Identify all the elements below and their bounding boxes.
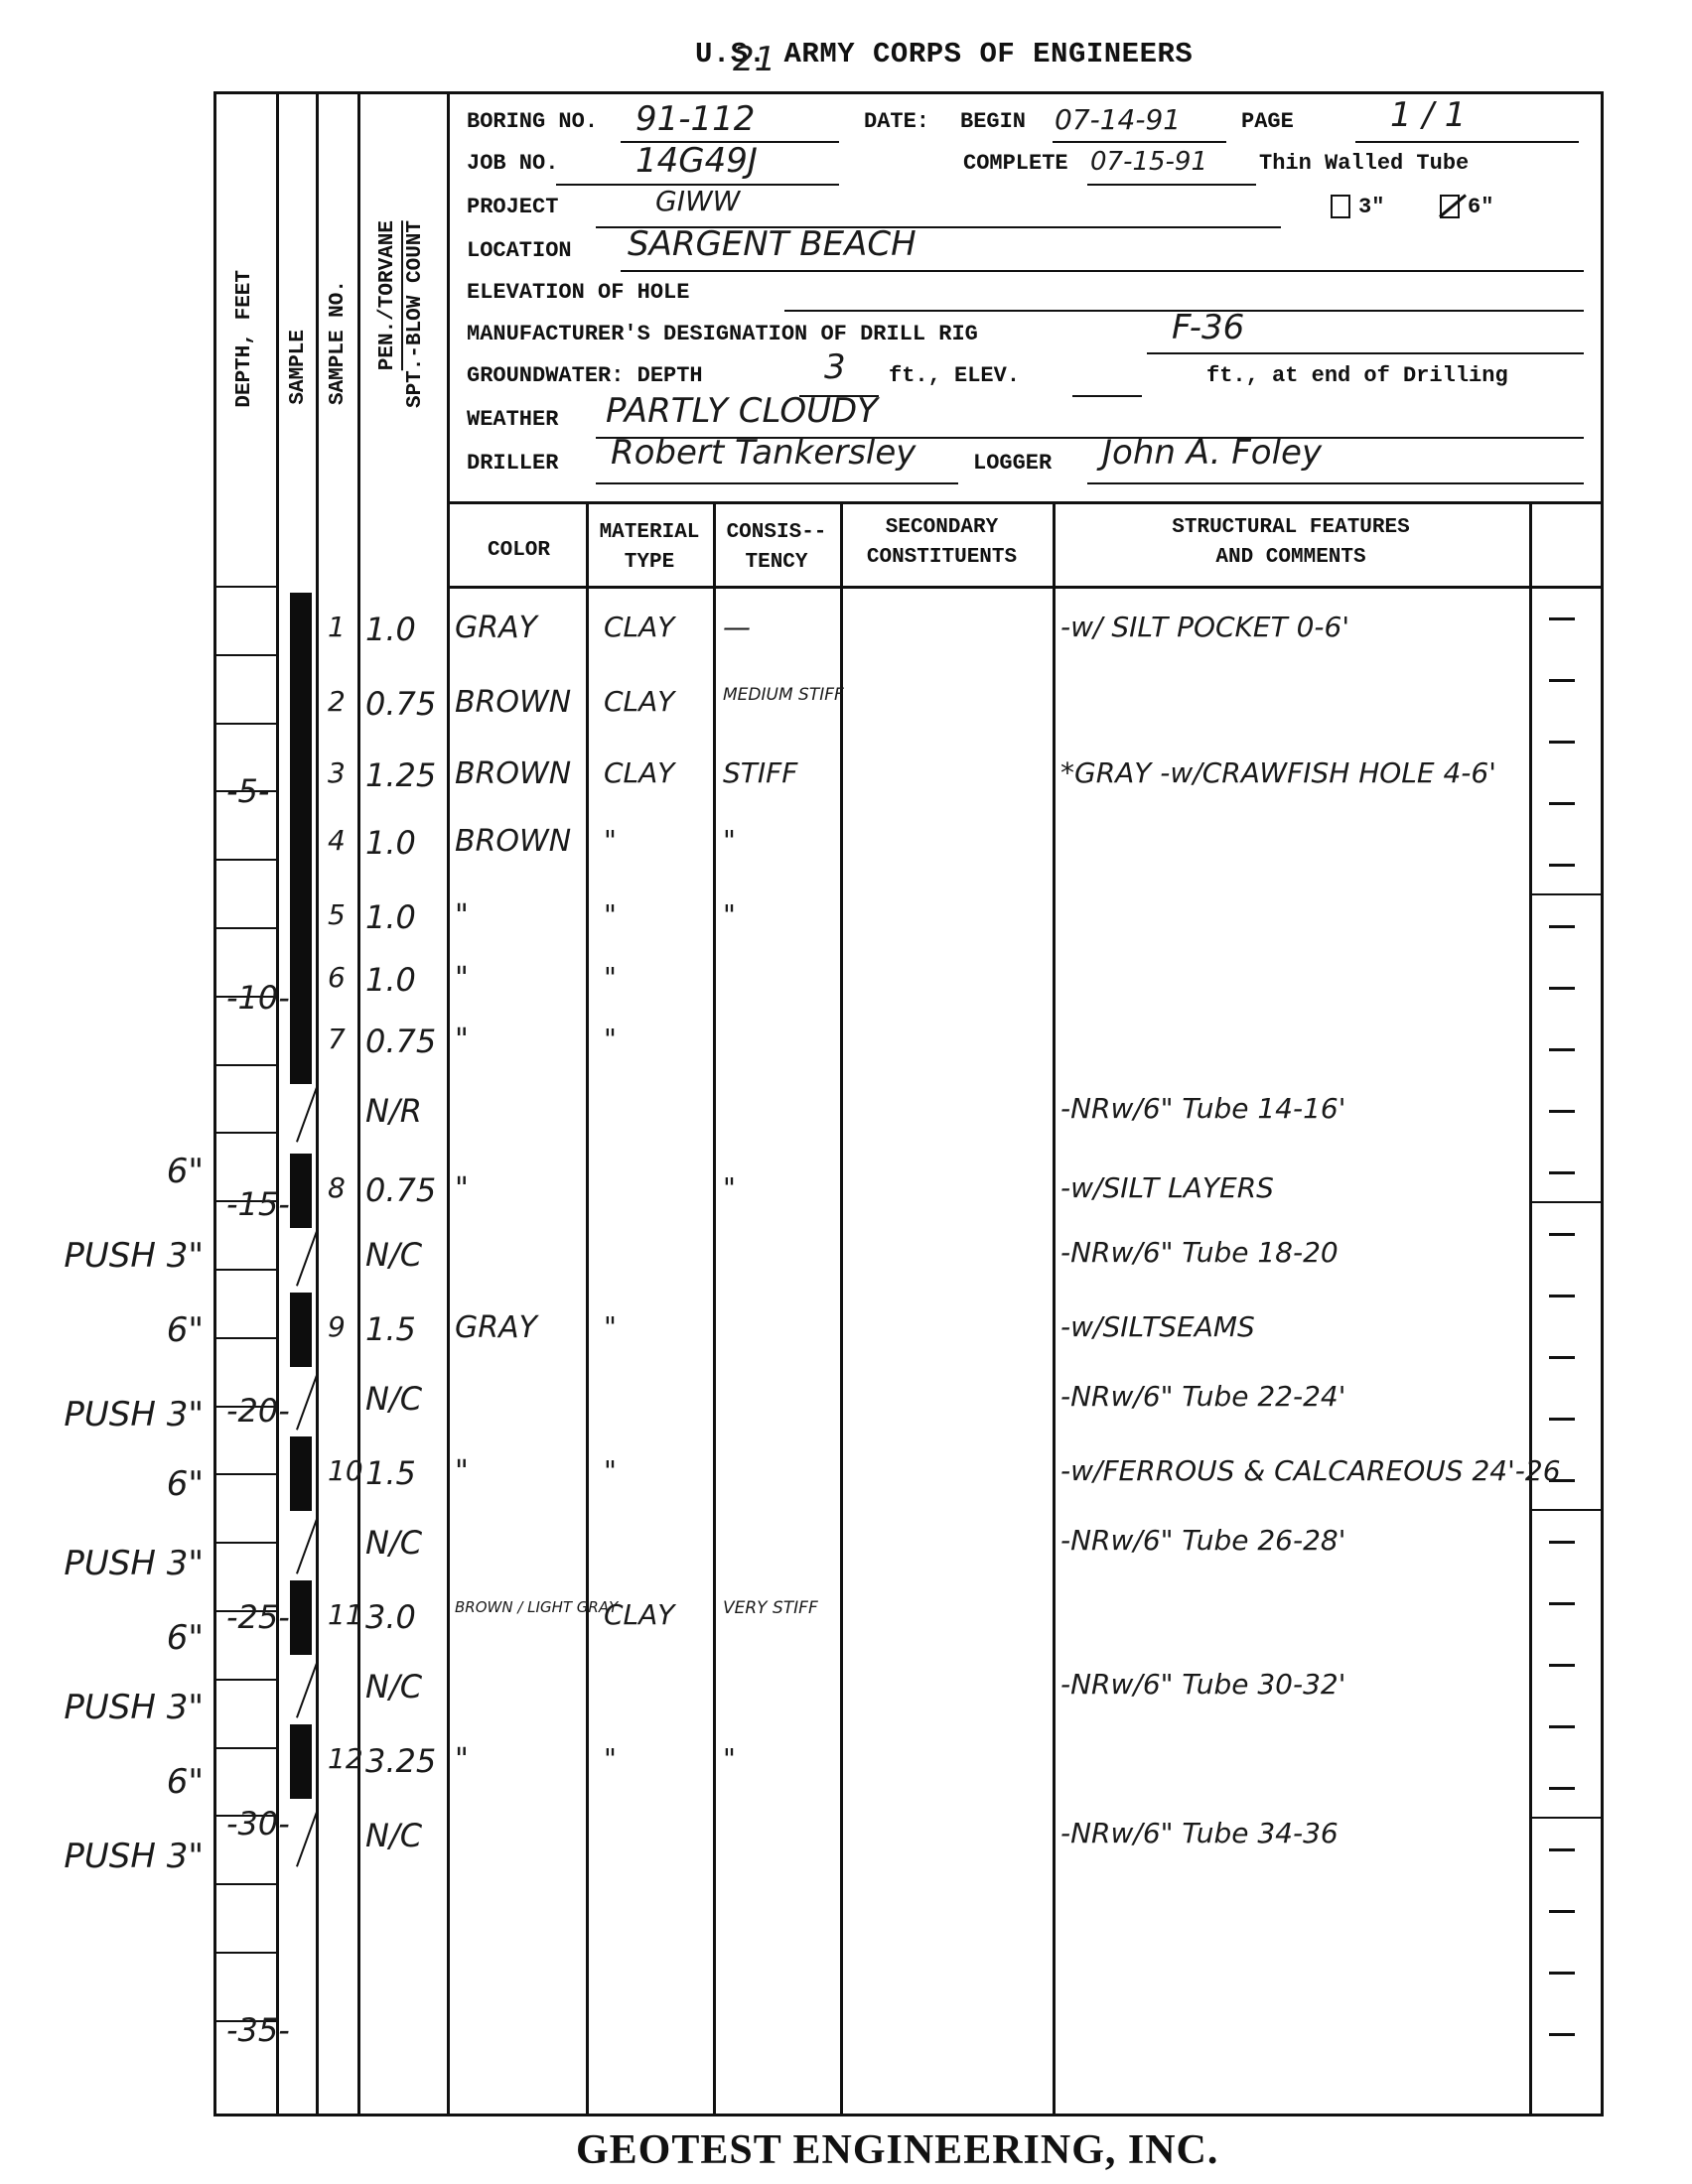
sample-number: 10 [328, 1454, 363, 1487]
depth-tick [1549, 987, 1575, 990]
tick-column-border [1529, 586, 1532, 2116]
sample-number: 1 [328, 611, 346, 643]
depth-tick [1549, 741, 1575, 744]
depth-tick [1549, 1110, 1575, 1113]
depth-grid-line [216, 1542, 276, 1544]
depth-grid-line [216, 654, 276, 656]
pen-value: 0.75 [365, 685, 436, 723]
tube-6in-option[interactable]: 6" [1440, 195, 1493, 219]
material-value: CLAY [604, 756, 674, 789]
sample-number: 5 [328, 898, 346, 931]
begin-line [1053, 141, 1226, 143]
depth-label: -35- [226, 2011, 290, 2049]
pen-value: N/C [365, 1668, 422, 1706]
margin-note: 6" [167, 1464, 204, 1504]
location-line [621, 270, 1584, 272]
depth-label: -10- [226, 979, 290, 1017]
page-value[interactable]: 1 / 1 [1390, 95, 1466, 135]
column-divider [1053, 501, 1056, 2116]
depth-tick [1549, 864, 1575, 867]
sample-header: SAMPLE [287, 330, 310, 405]
depth-tick [1549, 1418, 1575, 1421]
page-label: PAGE [1241, 109, 1294, 134]
depth-label: -25- [226, 1598, 290, 1636]
sample-recovered-bar [290, 1580, 312, 1655]
color-value: BROWN [455, 756, 571, 791]
sample-number: 4 [328, 824, 346, 857]
comment-value: -NRw/6" Tube 34-36 [1060, 1817, 1339, 1849]
location-label: LOCATION [467, 238, 572, 263]
color-value: GRAY [455, 611, 537, 645]
consistency-value: " [723, 898, 736, 931]
color-value: BROWN [455, 824, 571, 859]
depth-grid-line [216, 1064, 276, 1066]
pen-value: 1.5 [365, 1310, 416, 1348]
sample-recovered-bar [290, 1293, 312, 1367]
depth-tick [1549, 1725, 1575, 1728]
table-header-bottom [450, 586, 1604, 589]
consistency-value: VERY STIFF [723, 1598, 818, 1618]
sample-recovered-bar [290, 1436, 312, 1511]
pen-value: 1.0 [365, 824, 416, 862]
sample-recovered-bar [290, 593, 312, 672]
material-value: " [604, 961, 617, 994]
sample-recovered-bar [290, 667, 312, 747]
tick-group-line [1529, 893, 1604, 895]
material-value: " [604, 1742, 617, 1775]
depth-tick [1549, 2033, 1575, 2036]
material-value: CLAY [604, 685, 674, 718]
drill-rig-value[interactable]: F-36 [1172, 308, 1244, 347]
consistency-value: — [723, 611, 751, 643]
comment-value: -NRw/6" Tube 14-16' [1060, 1092, 1345, 1125]
sample-recovered-bar [290, 806, 312, 886]
comment-value: -NRw/6" Tube 30-32' [1060, 1668, 1345, 1701]
table-header-top [450, 501, 1604, 504]
pen-value: N/R [365, 1092, 422, 1130]
depth-tick [1549, 925, 1575, 928]
weather-label: WEATHER [467, 407, 558, 432]
depth-grid-line [216, 1132, 276, 1134]
color-value: " [455, 1454, 469, 1489]
begin-label: BEGIN [960, 109, 1026, 134]
page-line [1355, 141, 1579, 143]
groundwater-depth-value[interactable]: 3 [824, 347, 846, 387]
depth-tick [1549, 1910, 1575, 1913]
color-value: BROWN [455, 685, 571, 720]
elevation-label: ELEVATION OF HOLE [467, 280, 689, 305]
groundwater-ft-elev-label: ft., ELEV. [889, 363, 1020, 388]
sample-number: 12 [328, 1742, 363, 1775]
depth-grid-line [216, 1337, 276, 1339]
pen-value: 1.0 [365, 898, 416, 936]
color-value: " [455, 898, 469, 933]
complete-label: COMPLETE [963, 151, 1068, 176]
margin-note: PUSH 3" [64, 1544, 204, 1583]
consistency-header: CONSIS--TENCY [713, 518, 840, 578]
depth-grid-line [216, 1473, 276, 1475]
depth-tick [1549, 1048, 1575, 1051]
sample-number: 2 [328, 685, 346, 718]
consistency-value: " [723, 1742, 736, 1775]
color-header: COLOR [452, 536, 586, 566]
groundwater-label: GROUNDWATER: DEPTH [467, 363, 703, 388]
sample-number: 7 [328, 1023, 346, 1055]
sample-number: 3 [328, 756, 346, 789]
margin-note: 6" [167, 1762, 204, 1802]
pen-value: 1.0 [365, 961, 416, 999]
pen-value: N/C [365, 1380, 422, 1418]
color-value: BROWN / LIGHT GRAY [455, 1598, 618, 1616]
begin-date-value[interactable]: 07-14-91 [1055, 103, 1181, 136]
depth-tick [1549, 1541, 1575, 1544]
complete-line [1087, 184, 1256, 186]
spt-header: SPT.-BLOW COUNT [404, 220, 427, 408]
driller-label: DRILLER [467, 451, 558, 476]
comment-value: *GRAY -w/CRAWFISH HOLE 4-6' [1060, 756, 1496, 789]
depth-grid-line [216, 586, 276, 588]
tube-3in-label: 3" [1358, 195, 1384, 219]
location-value[interactable]: SARGENT BEACH [628, 224, 916, 264]
tube-3in-checkbox[interactable] [1331, 195, 1350, 218]
comment-value: -NRw/6" Tube 26-28' [1060, 1524, 1345, 1557]
margin-note: PUSH 3" [64, 1395, 204, 1434]
logger-label: LOGGER [973, 451, 1052, 476]
pen-value: 3.0 [365, 1598, 416, 1636]
material-value: " [604, 1454, 617, 1487]
tick-group-line [1529, 1201, 1604, 1203]
depth-label: -30- [226, 1805, 290, 1843]
depth-tick [1549, 1233, 1575, 1236]
depth-tick [1549, 679, 1575, 682]
tube-3in-option[interactable]: 3" [1331, 195, 1384, 219]
driller-line [596, 482, 958, 484]
sample-no-column: SAMPLE NO. [319, 91, 360, 2116]
column-divider [713, 501, 716, 2116]
margin-note: PUSH 3" [64, 1688, 204, 1727]
depth-grid-line [216, 1952, 276, 1954]
sample-recovered-bar [290, 1005, 312, 1084]
sample-recovered-bar [290, 1724, 312, 1799]
consistency-value: " [723, 824, 736, 857]
depth-tick [1549, 1295, 1575, 1297]
depth-grid-line [216, 859, 276, 861]
column-divider [586, 501, 589, 2116]
footer-company: GEOTEST ENGINEERING, INC. [576, 2126, 1218, 2174]
thin-walled-tube-label: Thin Walled Tube [1259, 151, 1469, 176]
driller-value[interactable]: Robert Tankersley [611, 433, 916, 473]
groundwater-end-label: ft., at end of Drilling [1206, 363, 1508, 388]
color-value: GRAY [455, 1310, 537, 1345]
job-no-value[interactable]: 14G49J [635, 141, 758, 181]
comment-value: -w/SILT LAYERS [1060, 1171, 1274, 1204]
project-value[interactable]: GIWW [655, 185, 740, 217]
drill-rig-line [1147, 352, 1584, 354]
pen-value: 0.75 [365, 1171, 436, 1209]
material-value: " [604, 824, 617, 857]
margin-note: 6" [167, 1310, 204, 1350]
sample-number: 9 [328, 1310, 346, 1343]
depth-tick [1549, 1356, 1575, 1359]
depth-tick [1549, 1848, 1575, 1851]
depth-tick [1549, 1787, 1575, 1790]
pen-value: 1.25 [365, 756, 436, 794]
color-value: " [455, 961, 469, 996]
material-value: CLAY [604, 611, 674, 643]
comment-value: -w/ SILT POCKET 0-6' [1060, 611, 1349, 643]
consistency-value: MEDIUM STIFF [723, 685, 844, 705]
depth-label: -5- [226, 772, 269, 810]
tube-6in-label: 6" [1468, 195, 1493, 219]
secondary-constituents-header: SECONDARYCONSTITUENTS [840, 513, 1044, 573]
project-label: PROJECT [467, 195, 558, 219]
material-value: CLAY [604, 1598, 674, 1631]
material-value: " [604, 1023, 617, 1055]
margin-note: 6" [167, 1152, 204, 1191]
depth-grid-line [216, 1883, 276, 1885]
logger-line [1087, 482, 1584, 484]
comment-value: -NRw/6" Tube 18-20 [1060, 1236, 1339, 1269]
material-value: " [604, 1310, 617, 1343]
depth-grid-line [216, 1269, 276, 1271]
depth-tick [1549, 1602, 1575, 1605]
depth-label: -20- [226, 1392, 290, 1430]
drill-rig-label: MANUFACTURER'S DESIGNATION OF DRILL RIG [467, 322, 978, 346]
pen-value: 3.25 [365, 1742, 436, 1780]
depth-tick [1549, 802, 1575, 805]
groundwater-elev-line [1072, 395, 1142, 397]
complete-date-value[interactable]: 07-15-91 [1090, 147, 1207, 177]
pen-header: PEN./TORVANE [376, 220, 403, 370]
depth-grid-line [216, 1747, 276, 1749]
comment-value: -NRw/6" Tube 22-24' [1060, 1380, 1345, 1413]
material-header: MATERIALTYPE [586, 518, 713, 578]
sample-no-header: SAMPLE NO. [327, 280, 350, 405]
depth-tick [1549, 1171, 1575, 1174]
sample-recovered-bar [290, 1154, 312, 1228]
sample-number: 8 [328, 1171, 346, 1204]
depth-grid-line [216, 1679, 276, 1681]
consistency-value: STIFF [723, 756, 797, 789]
structural-features-header: STRUCTURAL FEATURESAND COMMENTS [1053, 513, 1529, 573]
pen-value: 0.75 [365, 1023, 436, 1060]
margin-note: PUSH 3" [64, 1236, 204, 1276]
comment-value: -w/FERROUS & CALCAREOUS 24'-26 [1060, 1454, 1561, 1487]
depth-label: -15- [226, 1185, 290, 1223]
logger-value[interactable]: John A. Foley [1102, 433, 1322, 473]
pen-value: N/C [365, 1817, 422, 1854]
boring-no-value[interactable]: 91-112 [635, 99, 755, 139]
depth-header: DEPTH, FEET [233, 270, 256, 408]
depth-tick [1549, 1664, 1575, 1667]
comment-value: -w/SILTSEAMS [1060, 1310, 1255, 1343]
depth-grid-line [216, 723, 276, 725]
consistency-value: " [723, 1171, 736, 1204]
tick-group-line [1529, 1817, 1604, 1819]
depth-tick [1549, 1972, 1575, 1975]
overwrite-mark: 21 [733, 40, 775, 79]
column-divider [840, 501, 843, 2116]
pen-value: N/C [365, 1524, 422, 1562]
pen-value: 1.5 [365, 1454, 416, 1492]
material-value: " [604, 898, 617, 931]
margin-note: PUSH 3" [64, 1837, 204, 1876]
pen-value: 1.0 [365, 611, 416, 648]
tube-6in-checkbox[interactable] [1440, 195, 1460, 218]
boring-no-label: BORING NO. [467, 109, 598, 134]
color-value: " [455, 1742, 469, 1777]
depth-tick [1549, 617, 1575, 620]
margin-note: 6" [167, 1618, 204, 1658]
weather-value[interactable]: PARTLY CLOUDY [606, 391, 878, 431]
depth-grid-line [216, 927, 276, 929]
color-value: " [455, 1023, 469, 1057]
sample-number: 11 [328, 1598, 363, 1631]
color-value: " [455, 1171, 469, 1206]
tick-group-line [1529, 1509, 1604, 1511]
job-no-label: JOB NO. [467, 151, 558, 176]
sample-number: 6 [328, 961, 346, 994]
date-label: DATE: [864, 109, 929, 134]
pen-value: N/C [365, 1236, 422, 1274]
